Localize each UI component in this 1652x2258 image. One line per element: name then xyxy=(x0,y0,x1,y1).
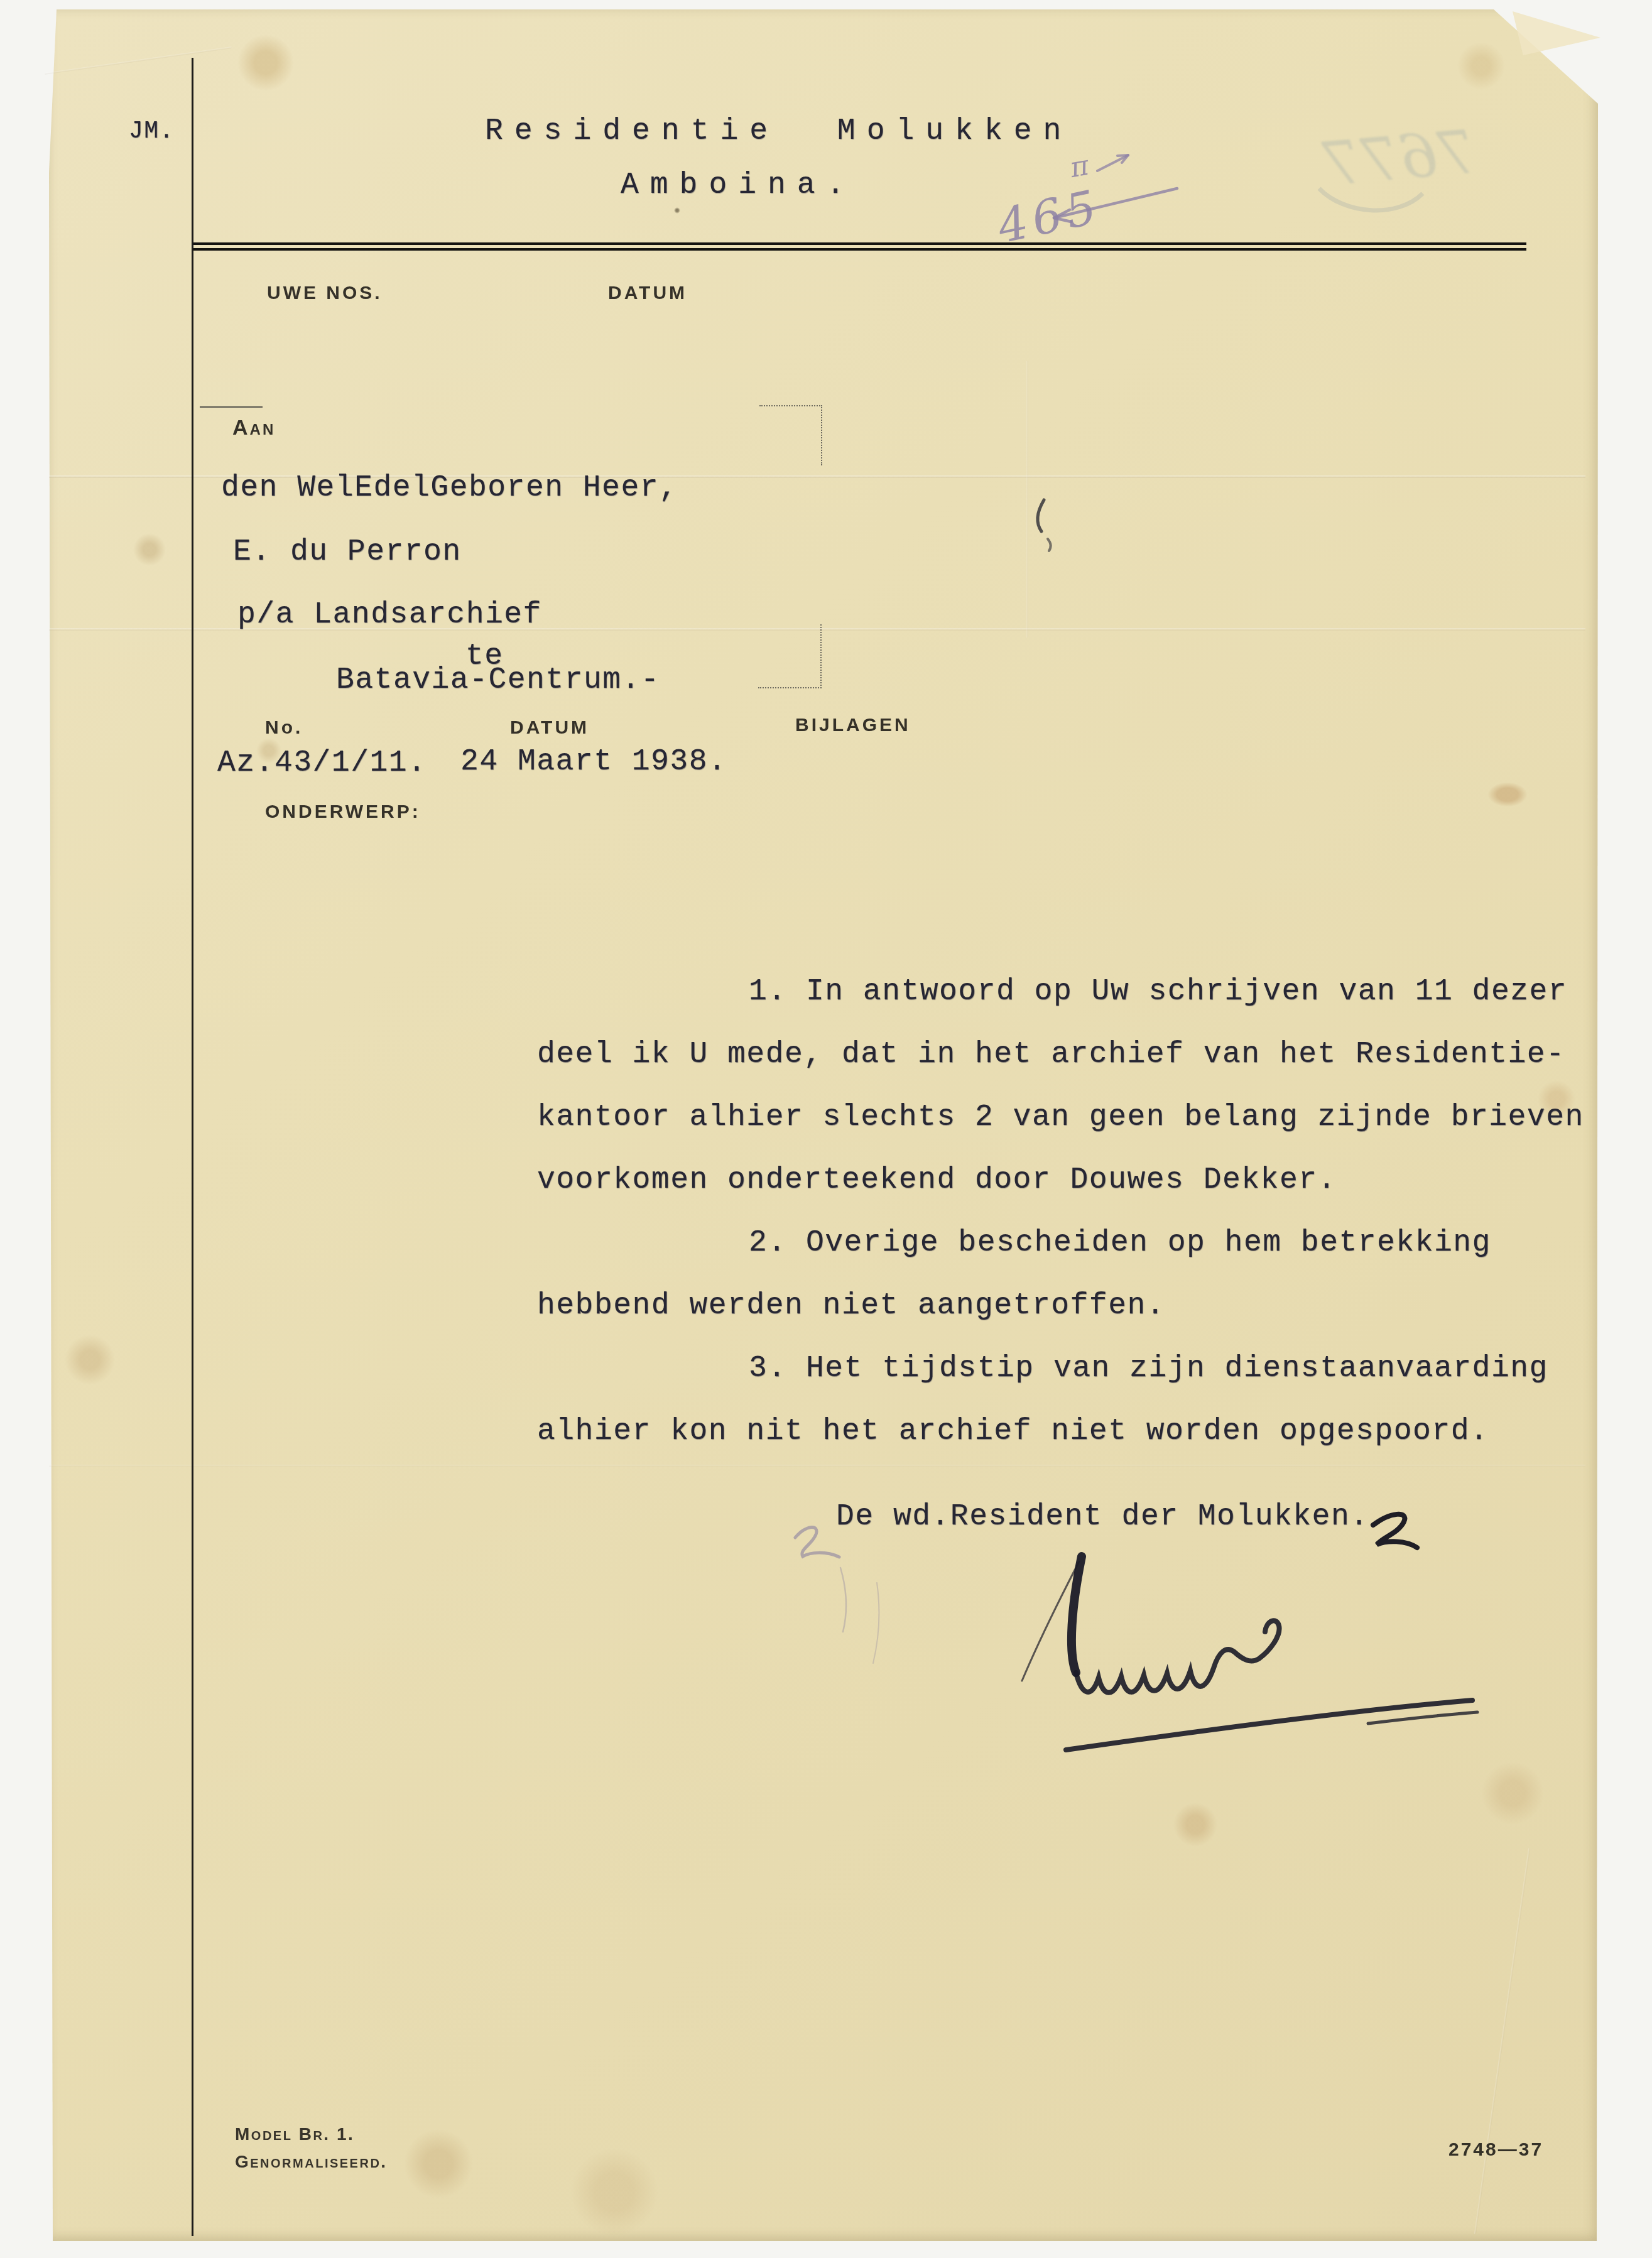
address-window-bracket-bottom xyxy=(758,624,822,688)
letterhead-rule-top xyxy=(193,242,1526,245)
label-uwe-nos: UWE NOS. xyxy=(267,283,383,304)
footer-model-line1: Model Br. 1. xyxy=(235,2124,354,2144)
recipient-line: p/a Landsarchief xyxy=(237,598,542,632)
reference-initials: JM. xyxy=(129,118,175,145)
letterhead-place: Amboina. xyxy=(621,168,856,202)
label-onderwerp: ONDERWERP: xyxy=(265,801,421,823)
scanned-letter-page: { "colors": { "paper": "#eadfb6", "typew… xyxy=(0,0,1652,2258)
recipient-line: Batavia-Centrum.- xyxy=(336,663,660,697)
address-window-bracket-top xyxy=(759,405,822,465)
left-margin-rule xyxy=(192,58,193,2236)
reference-date: 24 Maart 1938. xyxy=(460,745,727,779)
body-line: 1. In antwoord op Uw schrijven van 11 de… xyxy=(749,975,1567,1009)
reference-number: Az.43/1/11. xyxy=(217,746,427,780)
closing-signoff: De wd.Resident der Molukken. xyxy=(836,1500,1369,1534)
label-aan: Aan xyxy=(232,416,275,440)
body-line: voorkomen onderteekend door Douwes Dekke… xyxy=(537,1163,1337,1197)
letterhead-office: Residentie Molukken xyxy=(485,114,1072,148)
folded-corner xyxy=(1513,11,1600,55)
body-line: hebbend werden niet aangetroffen. xyxy=(537,1289,1165,1323)
letterhead-rule-bottom xyxy=(193,248,1526,251)
label-datum-top: DATUM xyxy=(608,283,687,304)
body-line: alhier kon nit het archief niet worden o… xyxy=(537,1414,1489,1448)
recipient-line: den WelEdelGeboren Heer, xyxy=(221,471,678,505)
label-no: No. xyxy=(265,717,303,739)
body-line: deel ik U mede, dat in het archief van h… xyxy=(537,1038,1565,1072)
body-line: kantoor alhier slechts 2 van geen belang… xyxy=(537,1100,1584,1134)
footer-model-line2: Genormaliseerd. xyxy=(235,2152,388,2172)
body-line: 3. Het tijdstip van zijn dienstaanvaardi… xyxy=(749,1352,1548,1386)
body-line: 2. Overige bescheiden op hem betrekking xyxy=(749,1226,1491,1260)
label-bijlagen: BIJLAGEN xyxy=(795,715,911,736)
recipient-line: E. du Perron xyxy=(233,535,462,569)
address-window-mark-left xyxy=(200,406,263,408)
print-code: 2748—37 xyxy=(1448,2139,1543,2161)
label-datum: DATUM xyxy=(510,717,589,739)
